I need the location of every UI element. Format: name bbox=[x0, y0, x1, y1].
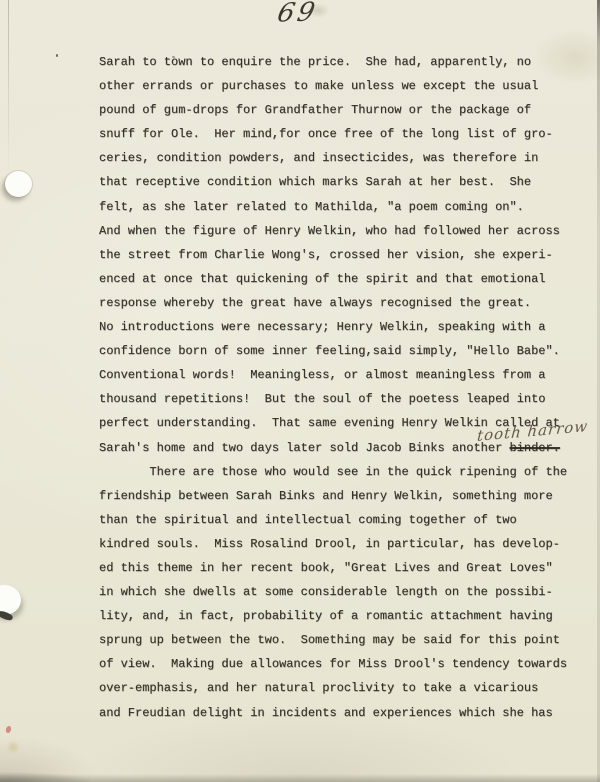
typewritten-line: than the spiritual and intellectual comi… bbox=[99, 508, 579, 532]
page-edge-bottom bbox=[0, 774, 600, 782]
typewritten-line: ed this theme in her recent book, "Great… bbox=[99, 556, 579, 580]
line-text: Sarah's home and two days later sold Jac… bbox=[99, 441, 509, 455]
typewritten-line: confidence born of some inner feeling,sa… bbox=[99, 339, 579, 363]
typewritten-line: and Freudian delight in incidents and ex… bbox=[99, 701, 579, 725]
typewritten-line: the street from Charlie Wong's, crossed … bbox=[99, 243, 579, 267]
typewritten-line: ceries, condition powders, and insectici… bbox=[99, 146, 579, 170]
typewritten-line: that receptive condition which marks Sar… bbox=[99, 170, 579, 194]
typewritten-line: over-emphasis, and her natural proclivit… bbox=[99, 676, 579, 700]
pencil-smudge bbox=[306, 3, 330, 18]
typewritten-line: friendship between Sarah Binks and Henry… bbox=[99, 484, 579, 508]
paper-stain bbox=[6, 740, 20, 754]
typewritten-line: sprung up between the two. Something may… bbox=[99, 628, 579, 652]
struck-word: binder. bbox=[509, 441, 559, 455]
typewritten-line: lity, and, in fact, probability of a rom… bbox=[99, 604, 579, 628]
typewritten-line: in which she dwells at some considerable… bbox=[99, 580, 579, 604]
typewritten-line: other errands or purchases to make unles… bbox=[99, 74, 579, 98]
typewritten-line: enced at once that quickening of the spi… bbox=[99, 267, 579, 291]
page-corner-shadow bbox=[0, 772, 90, 782]
typewritten-line: Sarah to town to enquire the price. She … bbox=[99, 50, 579, 74]
typewritten-line: Conventional words! Meaningless, or almo… bbox=[99, 363, 579, 387]
typewritten-line: felt, as she later related to Mathilda, … bbox=[99, 195, 579, 219]
typewritten-line: And when the figure of Henry Welkin, who… bbox=[99, 219, 579, 243]
typewritten-line: kindred souls. Miss Rosalind Drool, in p… bbox=[99, 532, 579, 556]
typewritten-line: pound of gum-drops for Grandfather Thurn… bbox=[99, 98, 579, 122]
typewritten-line: snuff for Ole. Her mind,for once free of… bbox=[99, 122, 579, 146]
pink-mark bbox=[5, 725, 12, 733]
crease-line bbox=[8, 0, 9, 175]
typewritten-text: Sarah to town to enquire the price. She … bbox=[99, 50, 579, 725]
manuscript-page: 69 Sarah to town to enquire the price. S… bbox=[0, 0, 600, 782]
typewritten-line: response whereby the great have always r… bbox=[99, 291, 579, 315]
typewritten-line: of view. Making due allowances for Miss … bbox=[99, 652, 579, 676]
ink-speck bbox=[172, 56, 175, 58]
typewritten-line: thousand repetitions! But the soul of th… bbox=[99, 387, 579, 411]
typewritten-line: No introductions were necessary; Henry W… bbox=[99, 315, 579, 339]
ink-speck bbox=[56, 54, 58, 57]
hole-punch-top bbox=[5, 171, 32, 197]
typewritten-line: There are those who would see in the qui… bbox=[99, 460, 579, 484]
